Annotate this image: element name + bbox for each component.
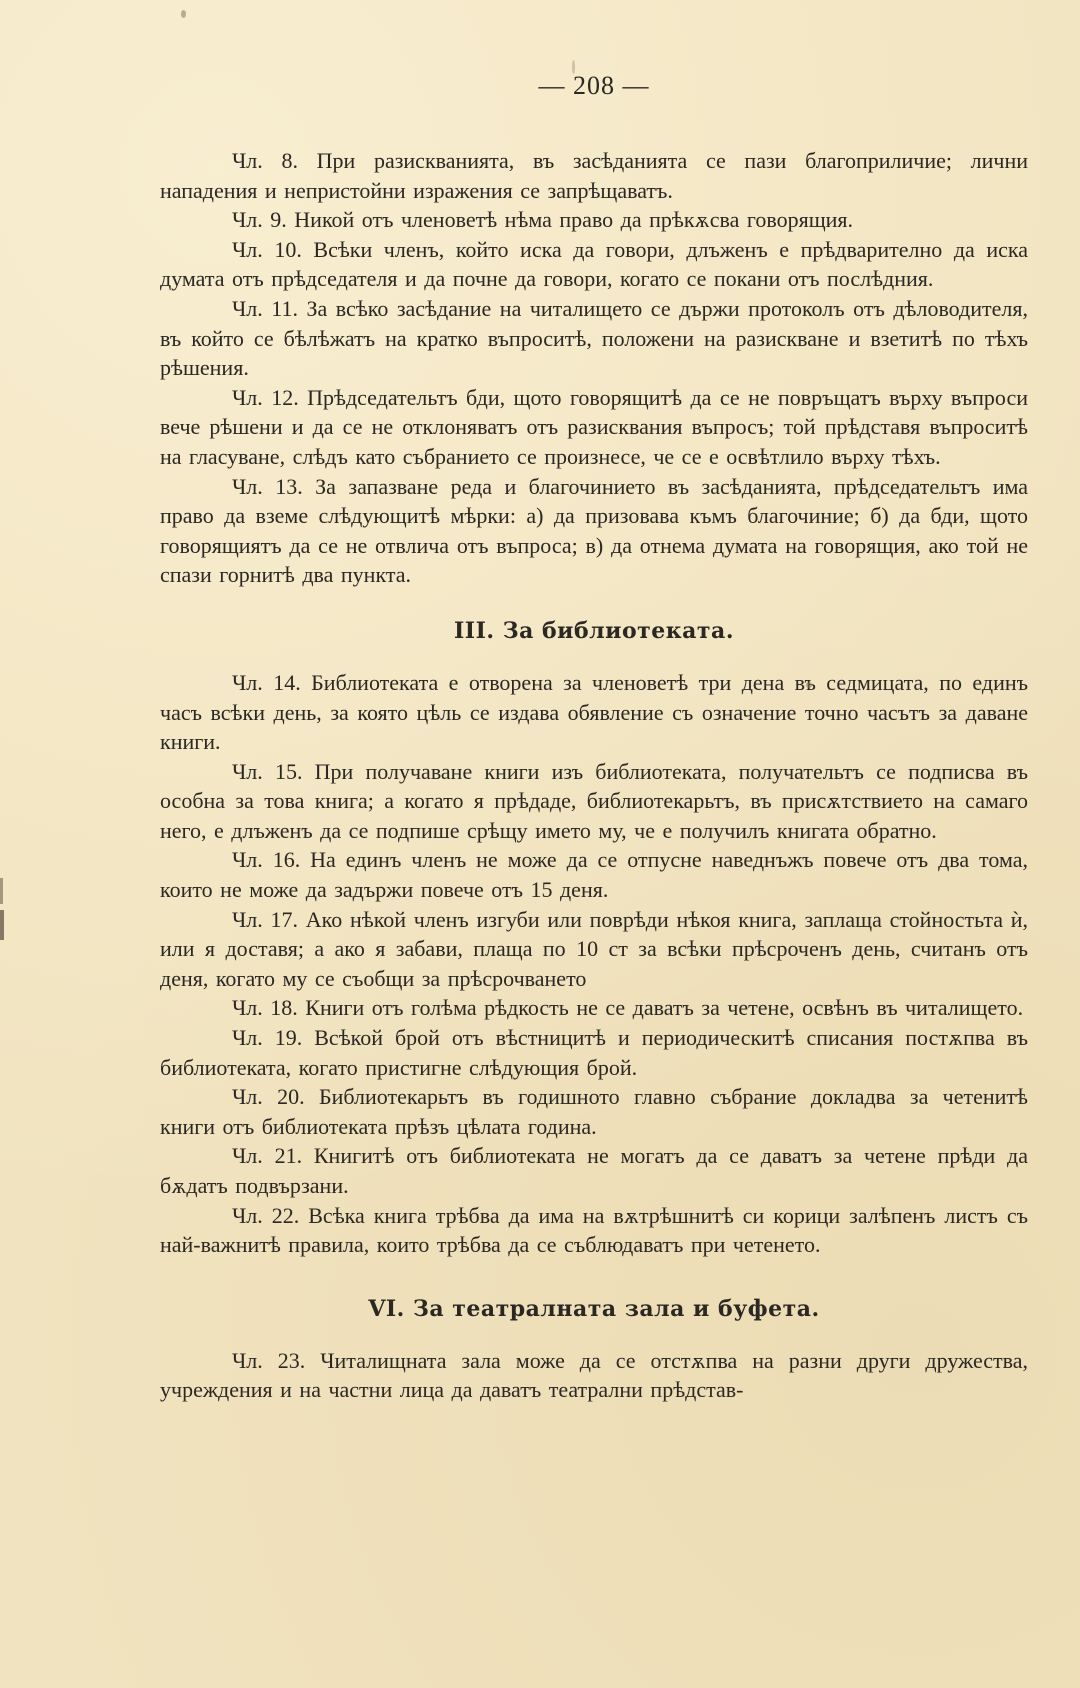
article-9: Чл. 9. Никой отъ членоветѣ нѣма право да… bbox=[160, 205, 1028, 235]
article-label: Чл. 14. bbox=[232, 670, 301, 695]
article-11: Чл. 11. За всѣко засѣдание на читалището… bbox=[160, 294, 1028, 383]
article-16: Чл. 16. На единъ членъ не може да се отп… bbox=[160, 845, 1028, 904]
paper-spot bbox=[806, 682, 812, 688]
article-label: Чл. 15. bbox=[232, 759, 302, 784]
article-17: Чл. 17. Ако нѣкой членъ изгуби или поврѣ… bbox=[160, 905, 1028, 994]
document-page: — 208 — Чл. 8. При разискванията, въ зас… bbox=[160, 66, 1028, 1405]
section-heading-library: III. За библиотеката. bbox=[160, 616, 1028, 646]
paper-spot bbox=[572, 60, 575, 74]
article-19: Чл. 19. Всѣкой брой отъ вѣстницитѣ и пер… bbox=[160, 1023, 1028, 1082]
margin-mark bbox=[0, 910, 4, 940]
article-label: Чл. 19. bbox=[232, 1025, 302, 1050]
article-18: Чл. 18. Книги отъ голѣма рѣдкость не се … bbox=[160, 993, 1028, 1023]
article-text: Никой отъ членоветѣ нѣма право да прѣкѫс… bbox=[294, 207, 853, 232]
section-heading-theatre-hall: VI. За театралната зала и буфета. bbox=[160, 1294, 1028, 1324]
article-label: Чл. 20. bbox=[232, 1084, 305, 1109]
article-label: Чл. 10. bbox=[232, 237, 302, 262]
article-text: Книги отъ голѣма рѣдкость не се даватъ з… bbox=[305, 995, 1023, 1020]
article-10: Чл. 10. Всѣки членъ, който иска да говор… bbox=[160, 235, 1028, 294]
article-13: Чл. 13. За запазване реда и благочинието… bbox=[160, 472, 1028, 590]
article-label: Чл. 12. bbox=[232, 385, 299, 410]
article-23: Чл. 23. Читалищната зала може да се отст… bbox=[160, 1346, 1028, 1405]
article-label: Чл. 11. bbox=[232, 296, 298, 321]
article-label: Чл. 18. bbox=[232, 995, 298, 1020]
article-label: Чл. 13. bbox=[232, 474, 303, 499]
page-number: — 208 — bbox=[160, 66, 1028, 106]
paper-spot bbox=[181, 10, 186, 18]
article-label: Чл. 16. bbox=[232, 847, 300, 872]
article-label: Чл. 21. bbox=[232, 1143, 302, 1168]
article-label: Чл. 9. bbox=[232, 207, 287, 232]
article-20: Чл. 20. Библиотекарьтъ въ годишното глав… bbox=[160, 1082, 1028, 1141]
article-22: Чл. 22. Всѣка книга трѣбва да има на вѫт… bbox=[160, 1201, 1028, 1260]
article-21: Чл. 21. Книгитѣ отъ библиотеката не мога… bbox=[160, 1141, 1028, 1200]
article-15: Чл. 15. При получаване книги изъ библиот… bbox=[160, 757, 1028, 846]
article-label: Чл. 23. bbox=[232, 1348, 305, 1373]
article-14: Чл. 14. Библиотеката е отворена за члено… bbox=[160, 668, 1028, 757]
margin-mark bbox=[0, 878, 3, 904]
article-8: Чл. 8. При разискванията, въ засѣданията… bbox=[160, 146, 1028, 205]
article-12: Чл. 12. Прѣдседательтъ бди, щото говорящ… bbox=[160, 383, 1028, 472]
article-label: Чл. 8. bbox=[232, 148, 298, 173]
article-label: Чл. 17. bbox=[232, 907, 298, 932]
article-label: Чл. 22. bbox=[232, 1203, 299, 1228]
